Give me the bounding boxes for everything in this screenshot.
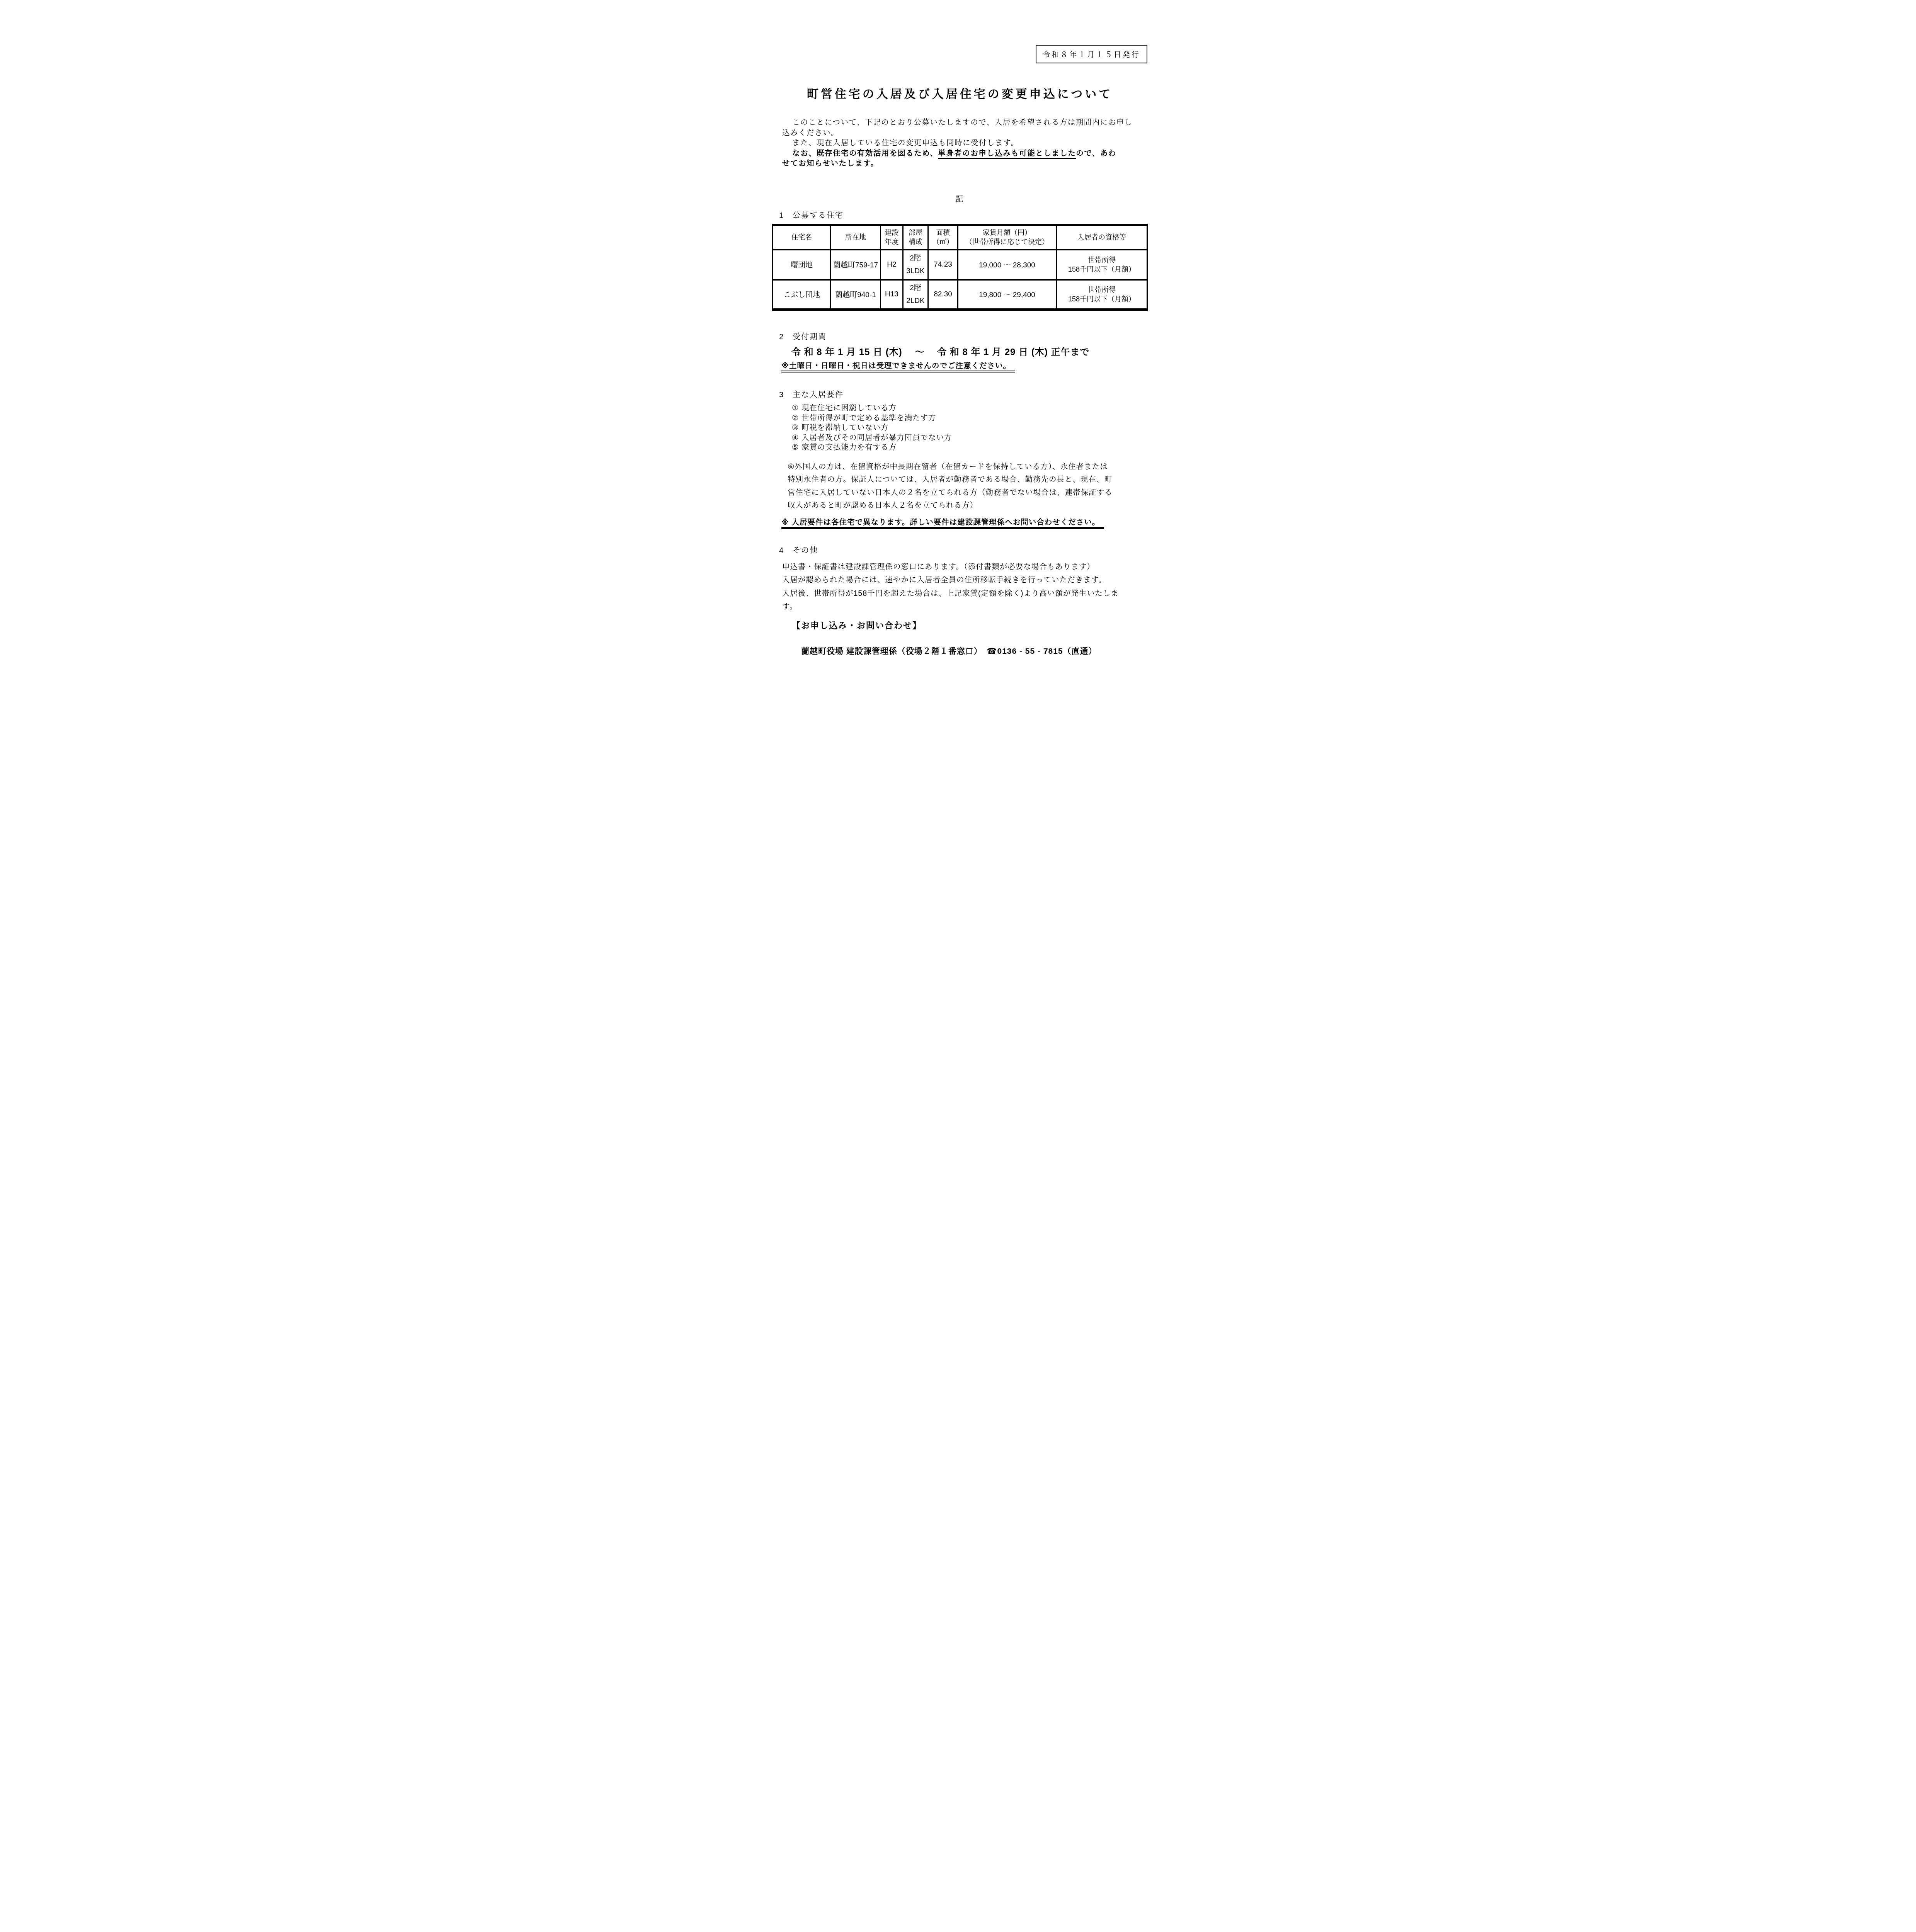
col-header-rent: 家賃月額（円） （世帯所得に応じて決定） bbox=[958, 225, 1057, 250]
cell-eligibility: 世帯所得 158千円以下（月額） bbox=[1057, 280, 1147, 310]
section-3-note: ※ 入居要件は各住宅で異なります。詳しい要件は建設課管理係へお問い合わせください… bbox=[781, 516, 1147, 527]
application-period: 令 和 8 年 1 月 15 日 (木) ～ 令 和 8 年 1 月 29 日 … bbox=[791, 344, 1147, 358]
intro-p3-prefix: なお、既存住宅の有効活用を図るため、 bbox=[792, 149, 938, 158]
cell-address: 蘭越町759-17 bbox=[831, 250, 881, 280]
section-4-line4: す。 bbox=[782, 600, 1147, 614]
requirement-item-6-line1: ⑥外国人の方は、在留資格が中長期在留者（在留カードを保持している方）、永住者また… bbox=[788, 461, 1147, 474]
section-2-heading: 2 受付期間 bbox=[779, 330, 1147, 342]
contact-heading: 【お申し込み・お問い合わせ】 bbox=[792, 619, 1147, 631]
issue-date-box: 令和８年１月１５日発行 bbox=[1036, 45, 1147, 63]
intro-p2: また、現在入居している住宅の変更申込も同時に受付します。 bbox=[782, 138, 1147, 148]
intro-p1-line2: 込みください。 bbox=[782, 128, 1147, 138]
housing-table: 住宅名 所在地 建設 年度 部屋 構成 面積 （㎡） 家賃月額（円） （世帯所得… bbox=[772, 224, 1148, 311]
section-3-requirements: 3 主な入居要件 ① 現在住宅に困窮している方 ② 世帯所得が町で定める基準を満… bbox=[772, 388, 1147, 527]
issue-date-row: 令和８年１月１５日発行 bbox=[772, 0, 1147, 63]
requirement-item-5: ⑤ 家賃の支払能力を有する方 bbox=[792, 443, 1147, 453]
cell-rooms: 2階 2LDK bbox=[903, 280, 928, 310]
cell-area: 74.23 bbox=[928, 250, 958, 280]
requirement-item-6-line4: 収入があると町が認める日本人２名を立てられる方） bbox=[788, 499, 1147, 512]
requirement-item-6-line2: 特別永住者の方。保証人については、入居者が勤務者である場合、勤務先の長と、現在、… bbox=[788, 473, 1147, 486]
document-page: 令和８年１月１５日発行 町営住宅の入居及び入居住宅の変更申込について このことに… bbox=[718, 0, 1198, 678]
section-3-heading: 3 主な入居要件 bbox=[779, 388, 1147, 400]
table-row-akebono: 曙団地 蘭越町759-17 H2 2階 3LDK 74.23 19,000 ～ … bbox=[773, 250, 1147, 280]
page-title: 町営住宅の入居及び入居住宅の変更申込について bbox=[772, 84, 1147, 101]
intro-p3-suffix: ので、あわ bbox=[1076, 149, 1116, 158]
requirement-item-4: ④ 入居者及びその同居者が暴力団員でない方 bbox=[792, 433, 1147, 443]
housing-table-header-row: 住宅名 所在地 建設 年度 部屋 構成 面積 （㎡） 家賃月額（円） （世帯所得… bbox=[773, 225, 1147, 250]
requirement-item-6: ⑥外国人の方は、在留資格が中長期在留者（在留カードを保持している方）、永住者また… bbox=[788, 461, 1147, 512]
col-header-rooms: 部屋 構成 bbox=[903, 225, 928, 250]
intro-p3-line2: せてお知らせいたします。 bbox=[782, 158, 1147, 169]
section-2-note-text: ※土曜日・日曜日・祝日は受理できませんのでご注意ください。 bbox=[781, 362, 1015, 372]
requirement-list: ① 現在住宅に困窮している方 ② 世帯所得が町で定める基準を満たす方 ③ 町税を… bbox=[792, 403, 1147, 453]
col-header-year: 建設 年度 bbox=[881, 225, 903, 250]
section-4-line1: 申込書・保証書は建設課管理係の窓口にあります。（添付書類が必要な場合もあります） bbox=[782, 560, 1147, 574]
col-header-address: 所在地 bbox=[831, 225, 881, 250]
section-1-housing: 1 公募する住宅 住宅名 所在地 建設 年度 部屋 構成 面積 （㎡） 家賃月額… bbox=[772, 209, 1147, 311]
col-header-name: 住宅名 bbox=[773, 225, 831, 250]
intro-p3-underlined-text: 単身者のお申し込みも可能としました bbox=[938, 149, 1076, 159]
cell-name: こぶし団地 bbox=[773, 280, 831, 310]
cell-rooms: 2階 3LDK bbox=[903, 250, 928, 280]
section-2-period: 2 受付期間 令 和 8 年 1 月 15 日 (木) ～ 令 和 8 年 1 … bbox=[772, 330, 1147, 371]
requirement-item-3: ③ 町税を滞納していない方 bbox=[792, 423, 1147, 433]
section-3-note-text: ※ 入居要件は各住宅で異なります。詳しい要件は建設課管理係へお問い合わせください… bbox=[781, 518, 1104, 529]
section-4-body: 申込書・保証書は建設課管理係の窓口にあります。（添付書類が必要な場合もあります）… bbox=[782, 560, 1147, 614]
requirement-item-6-line3: 営住宅に入居していない日本人の２名を立てられる方（勤務者でない場合は、連帯保証す… bbox=[788, 486, 1147, 500]
section-2-note: ※土曜日・日曜日・祝日は受理できませんのでご注意ください。 bbox=[781, 360, 1147, 371]
document-content: 令和８年１月１５日発行 町営住宅の入居及び入居住宅の変更申込について このことに… bbox=[718, 0, 1198, 672]
cell-address: 蘭越町940-1 bbox=[831, 280, 881, 310]
intro-p3-line1: なお、既存住宅の有効活用を図るため、単身者のお申し込みも可能としましたので、あわ bbox=[782, 148, 1147, 159]
section-4-heading: 4 その他 bbox=[779, 544, 1147, 555]
section-4-other: 4 その他 申込書・保証書は建設課管理係の窓口にあります。（添付書類が必要な場合… bbox=[772, 544, 1147, 656]
section-4-line2: 入居が認められた場合には、速やかに入居者全員の住所移転手続きを行っていただきます… bbox=[782, 573, 1147, 587]
requirement-item-2: ② 世帯所得が町で定める基準を満たす方 bbox=[792, 413, 1147, 423]
ki-mark: 記 bbox=[772, 193, 1147, 204]
cell-year: H2 bbox=[881, 250, 903, 280]
cell-rent: 19,000 ～ 28,300 bbox=[958, 250, 1057, 280]
cell-eligibility: 世帯所得 158千円以下（月額） bbox=[1057, 250, 1147, 280]
contact-info: 蘭越町役場 建設課管理係（役場２階１番窓口） ☎0136 - 55 - 7815… bbox=[801, 645, 1147, 656]
section-4-line3: 入居後、世帯所得が158千円を超えた場合は、上記家賃(定額を除く)より高い額が発… bbox=[782, 587, 1147, 600]
col-header-eligibility: 入居者の資格等 bbox=[1057, 225, 1147, 250]
intro-p1-line1: このことについて、下記のとおり公募いたしますので、入居を希望される方は期間内にお… bbox=[782, 117, 1147, 128]
cell-year: H13 bbox=[881, 280, 903, 310]
intro-paragraphs: このことについて、下記のとおり公募いたしますので、入居を希望される方は期間内にお… bbox=[782, 117, 1147, 169]
cell-name: 曙団地 bbox=[773, 250, 831, 280]
table-row-kobushi: こぶし団地 蘭越町940-1 H13 2階 2LDK 82.30 19,800 … bbox=[773, 280, 1147, 310]
cell-area: 82.30 bbox=[928, 280, 958, 310]
section-1-heading: 1 公募する住宅 bbox=[779, 209, 1147, 220]
requirement-item-1: ① 現在住宅に困窮している方 bbox=[792, 403, 1147, 413]
col-header-area: 面積 （㎡） bbox=[928, 225, 958, 250]
cell-rent: 19,800 ～ 29,400 bbox=[958, 280, 1057, 310]
